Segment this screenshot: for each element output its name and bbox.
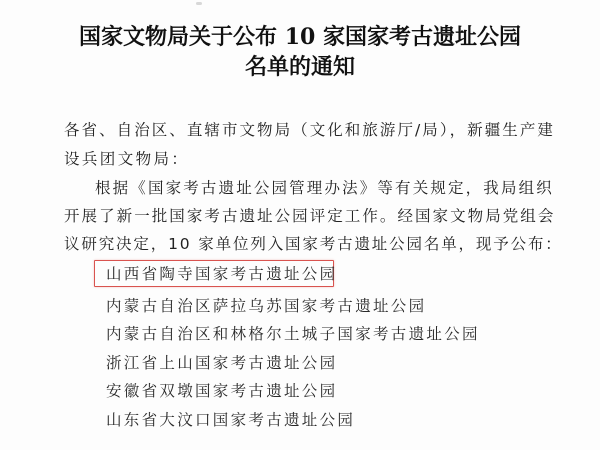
- paragraph-line-3: 议研究决定，10 家单位列入国家考古遗址公园名单，现予公布：: [64, 234, 563, 254]
- list-item-shuangdun: 安徽省双墩国家考古遗址公园: [106, 381, 337, 401]
- paragraph-line-2: 开展了新一批国家考古遗址公园评定工作。经国家文物局党组会: [64, 206, 555, 226]
- salutation-line-1: 各省、自治区、直辖市文物局（文化和旅游厅/局），新疆生产建: [64, 120, 555, 140]
- document-title-line-2: 名单的通知: [0, 53, 600, 81]
- salutation-line-2: 设兵团文物局：: [64, 149, 189, 169]
- list-item-helingeer-tuchengzi: 内蒙古自治区和林格尔土城子国家考古遗址公园: [106, 324, 480, 344]
- list-item-taosi: 山西省陶寺国家考古遗址公园: [106, 264, 337, 284]
- document-title-line-1: 国家文物局关于公布 10 家国家考古遗址公园: [0, 23, 600, 51]
- list-item-shangshan: 浙江省上山国家考古遗址公园: [106, 353, 337, 373]
- scan-artifact: [196, 2, 202, 5]
- list-item-dawenkou: 山东省大汶口国家考古遗址公园: [106, 410, 355, 430]
- list-item-salawusu: 内蒙古自治区萨拉乌苏国家考古遗址公园: [106, 296, 426, 316]
- paragraph-line-1: 根据《国家考古遗址公园管理办法》等有关规定，我局组织: [95, 178, 554, 198]
- document-page: 国家文物局关于公布 10 家国家考古遗址公园 名单的通知 各省、自治区、直辖市文…: [0, 0, 600, 450]
